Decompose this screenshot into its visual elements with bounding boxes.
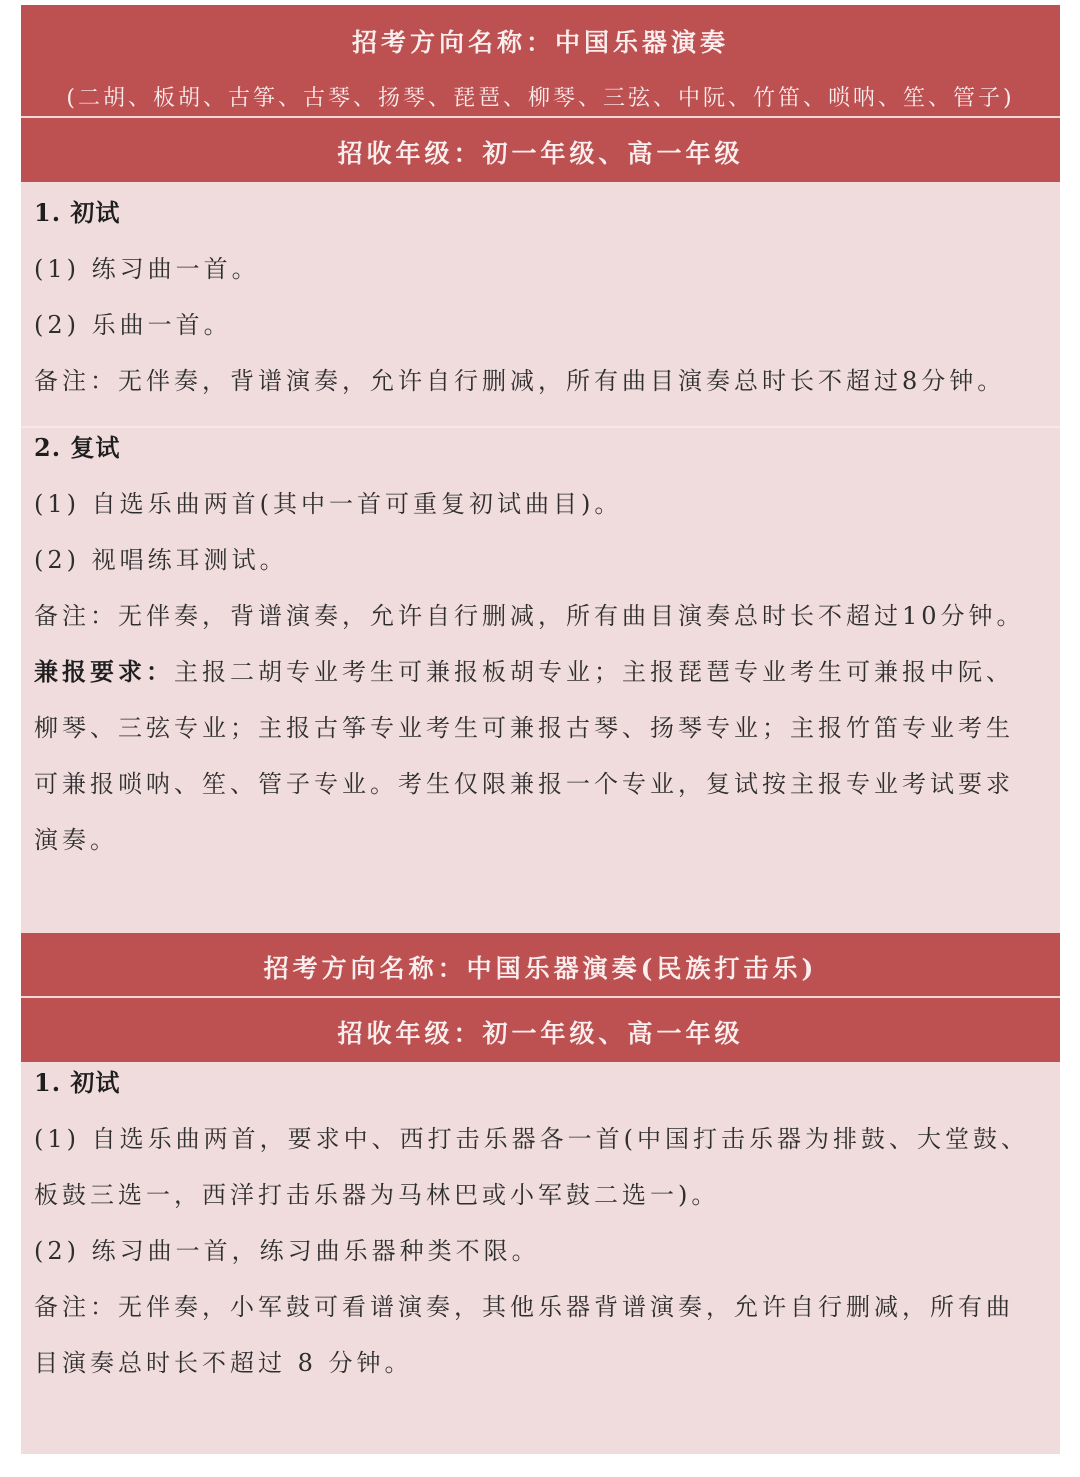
dual-application-line: 可兼报唢呐、笙、管子专业。考生仅限兼报一个专业，复试按主报专业考试要求 [34,769,1014,799]
section1-retest-heading: 2. 复试 [34,433,120,463]
section1-instrument-list: (二胡、板胡、古筝、古琴、扬琴、琵琶、柳琴、三弦、中阮、竹笛、唢呐、笙、管子) [21,81,1060,112]
section1-preliminary-note: 备注：无伴奏，背谱演奏，允许自行删减，所有曲目演奏总时长不超过8分钟。 [34,366,1005,396]
section2-preliminary-item1-line: (1) 自选乐曲两首，要求中、西打击乐器各一首(中国打击乐器为排鼓、大堂鼓、 [34,1124,1029,1154]
section1-grade-bar: 招收年级：初一年级、高一年级 [21,118,1060,182]
section2-grade-bar: 招收年级：初一年级、高一年级 [21,998,1060,1062]
dual-application-label: 兼报要求： [34,657,174,686]
admissions-sheet: 招考方向名称：中国乐器演奏 (二胡、板胡、古筝、古琴、扬琴、琵琶、柳琴、三弦、中… [21,0,1060,1477]
section1-preliminary-item: (1) 练习曲一首。 [34,254,260,284]
section1-grade-text: 招收年级：初一年级、高一年级 [21,134,1060,170]
section1-retest-panel: 2. 复试 (1) 自选乐曲两首(其中一首可重复初试曲目)。 (2) 视唱练耳测… [21,428,1060,934]
dual-application-line: 演奏。 [34,825,118,855]
section1-retest-item: (1) 自选乐曲两首(其中一首可重复初试曲目)。 [34,489,622,519]
dual-application-line: 柳琴、三弦专业；主报古筝专业考生可兼报古琴、扬琴专业；主报竹笛专业考生 [34,713,1014,743]
section2-preliminary-item2: (2) 练习曲一首，练习曲乐器种类不限。 [34,1236,540,1266]
section2-preliminary-panel: 1. 初试 (1) 自选乐曲两首，要求中、西打击乐器各一首(中国打击乐器为排鼓、… [21,1062,1060,1454]
section1-preliminary-heading: 1. 初试 [34,198,120,228]
dual-application-line: 兼报要求：主报二胡专业考生可兼报板胡专业；主报琵琶专业考生可兼报中阮、 [34,657,1014,687]
section1-preliminary-panel: 1. 初试 (1) 练习曲一首。 (2) 乐曲一首。 备注：无伴奏，背谱演奏，允… [21,182,1060,427]
section2-header-bar: 招考方向名称：中国乐器演奏(民族打击乐) [21,933,1060,997]
dual-application-text: 主报二胡专业考生可兼报板胡专业；主报琵琶专业考生可兼报中阮、 [174,658,1014,686]
section1-retest-item: (2) 视唱练耳测试。 [34,545,288,575]
section1-preliminary-item: (2) 乐曲一首。 [34,310,232,340]
section2-preliminary-note-line: 目演奏总时长不超过 8 分钟。 [34,1348,413,1378]
section2-grade-text: 招收年级：初一年级、高一年级 [21,1014,1060,1050]
section1-header-title: 招考方向名称：中国乐器演奏 [21,23,1060,59]
section2-header-title: 招考方向名称：中国乐器演奏(民族打击乐) [21,949,1060,985]
section1-header-bar: 招考方向名称：中国乐器演奏 (二胡、板胡、古筝、古琴、扬琴、琵琶、柳琴、三弦、中… [21,5,1060,117]
section2-preliminary-heading: 1. 初试 [34,1068,120,1098]
section2-preliminary-note-line: 备注：无伴奏，小军鼓可看谱演奏，其他乐器背谱演奏，允许自行删减，所有曲 [34,1292,1014,1322]
section1-retest-note: 备注：无伴奏，背谱演奏，允许自行删减，所有曲目演奏总时长不超过10分钟。 [34,601,1025,631]
section2-preliminary-item1-line: 板鼓三选一，西洋打击乐器为马林巴或小军鼓二选一)。 [34,1180,719,1210]
